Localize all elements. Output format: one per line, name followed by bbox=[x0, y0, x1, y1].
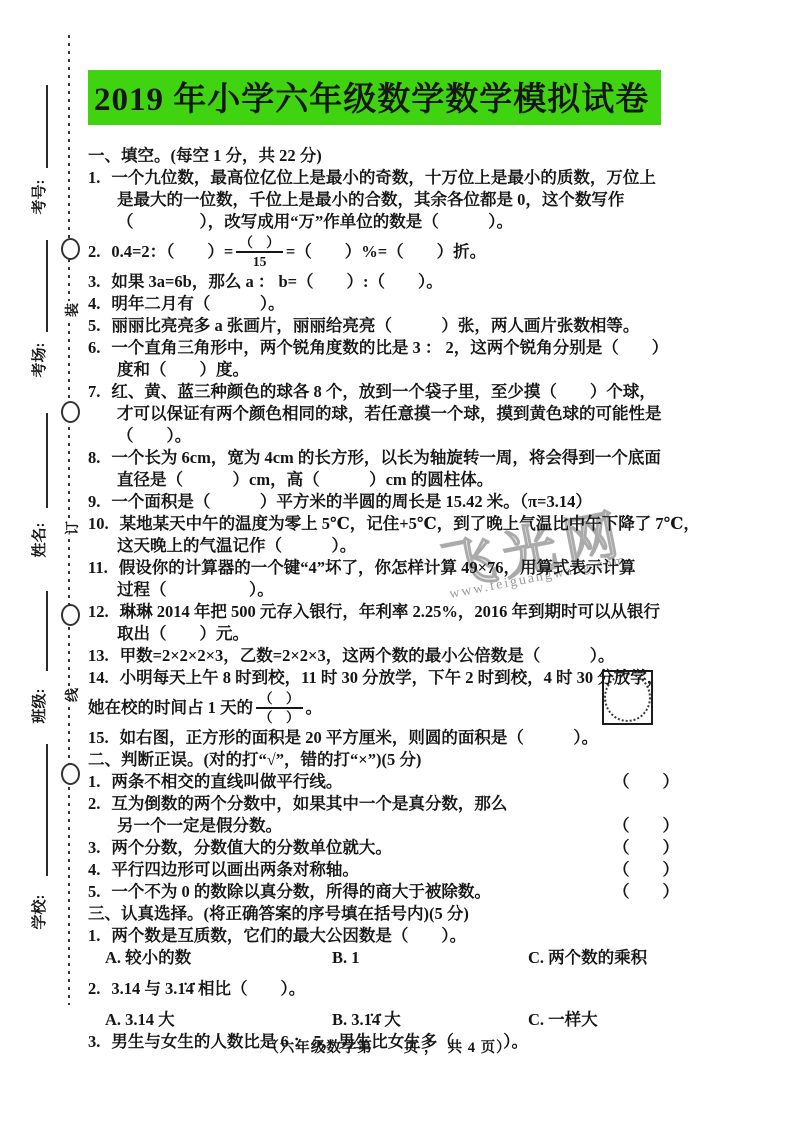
answer-blank: （ ） bbox=[613, 815, 679, 837]
answer-blank: （ ） bbox=[613, 771, 679, 793]
question-line: 11.假设你的计算器的一个键“4”坏了，你怎样计算 49×76，用算式表示计算 bbox=[88, 557, 763, 579]
question-line: 3.如果 3a=6b，那么 a ： b=（ ）:（ ）。 bbox=[88, 271, 763, 293]
option-item: B. 1 bbox=[332, 947, 360, 969]
exam-paper-page: 考号: 考场: 姓名: 班级: 学校: 装 订 线 飞光网 www.feigua… bbox=[0, 0, 793, 1122]
fraction: （ ）（ ） bbox=[256, 691, 303, 725]
question-line: 4.明年二月有（ ）。 bbox=[88, 293, 763, 315]
content-lines: 一、填空。(每空 1 分，共 22 分)1.一个九位数，最高位亿位上是最小的奇数… bbox=[88, 145, 763, 1053]
question-text: 明年二月有（ ）。 bbox=[111, 294, 284, 313]
margin-blank-line bbox=[46, 591, 48, 671]
question-line: 是最大的一位数，千位上是最小的合数，其余各位都是 0，这个数写作 bbox=[88, 189, 763, 211]
question-line: 1.两个数是互质数，它们的最大公因数是（ ）。 bbox=[88, 925, 763, 947]
option-item: B. 3.1̇4̇ 大 bbox=[332, 1009, 401, 1031]
page-footer: （六年级数学第 页 ， 共 4 页） bbox=[88, 1036, 688, 1057]
section-heading: 一、填空。(每空 1 分，共 22 分) bbox=[88, 145, 763, 167]
question-line: 过程（ ）。 bbox=[88, 579, 763, 601]
question-number: 1. bbox=[88, 925, 100, 947]
question-line: 15.如右图，正方形的面积是 20 平方厘米，则圆的面积是（ ）。 bbox=[88, 727, 763, 749]
question-number: 3. bbox=[88, 837, 100, 859]
question-number: 4. bbox=[88, 859, 100, 881]
question-number: 6. bbox=[88, 337, 100, 359]
question-text: 一个九位数，最高位亿位上是最小的奇数，十万位上是最小的质数，万位上 bbox=[111, 168, 656, 187]
page-title: 2019 年小学六年级数学数学模拟试卷 bbox=[88, 70, 661, 125]
answer-blank: （ ） bbox=[613, 859, 679, 881]
answer-blank: （ ） bbox=[613, 837, 679, 859]
question-text: 一个直角三角形中，两个锐角度数的比是 3 ： 2，这两个锐角分别是（ ） bbox=[111, 338, 668, 357]
options-row: A. 3.14 大B. 3.1̇4̇ 大C. 一样大 bbox=[88, 1009, 763, 1031]
margin-field-label: 考号: bbox=[28, 165, 48, 229]
question-text: 0.4=2：（ ）= bbox=[111, 241, 233, 263]
question-line: 13.甲数=2×2×2×3，乙数=2×2×3，这两个数的最小公倍数是（ ）。 bbox=[88, 645, 763, 667]
question-number: 12. bbox=[88, 601, 109, 623]
section-heading: 二、判断正误。(对的打“√”，错的打“×”)(5 分) bbox=[88, 749, 763, 771]
margin-blank-line bbox=[46, 413, 48, 508]
question-text: 3.14 与 3.1̇4̇ 相比（ ）。 bbox=[111, 979, 305, 998]
question-line: 8.一个长为 6cm，宽为 4cm 的长方形，以长为轴旋转一周，将会得到一个底面 bbox=[88, 447, 763, 469]
question-line: 2.0.4=2：（ ）=（ ）15=（ ）%=（ ）折。 bbox=[88, 233, 763, 271]
question-line: 另一个一定是假分数。（ ） bbox=[88, 815, 763, 837]
question-number: 14. bbox=[88, 667, 109, 689]
question-number: 2. bbox=[88, 978, 100, 1000]
question-line: 1.两条不相交的直线叫做平行线。（ ） bbox=[88, 771, 763, 793]
binding-hole bbox=[61, 763, 80, 785]
question-line: 才可以保证有两个颜色相同的球，若任意摸一个球，摸到黄色球的可能性是 bbox=[88, 403, 763, 425]
options-row: A. 较小的数B. 1C. 两个数的乘积 bbox=[88, 947, 763, 969]
question-line: 7.红、黄、蓝三种颜色的球各 8 个，放到一个袋子里，至少摸（ ）个球， bbox=[88, 381, 763, 403]
question-number: 1. bbox=[88, 771, 100, 793]
margin-blank-line bbox=[46, 240, 48, 332]
question-number: 9. bbox=[88, 491, 100, 513]
question-number: 2. bbox=[88, 241, 100, 263]
question-line: 直径是（ ）cm，高（ ）cm 的圆柱体。 bbox=[88, 469, 763, 491]
question-line: 4.平行四边形可以画出两条对称轴。（ ） bbox=[88, 859, 763, 881]
question-text: 一个长为 6cm，宽为 4cm 的长方形，以长为轴旋转一周，将会得到一个底面 bbox=[111, 448, 661, 467]
question-text: 。 bbox=[306, 697, 323, 719]
title-highlight: 2019 年小学六年级数学数学模拟试卷 bbox=[88, 70, 763, 125]
question-number: 8. bbox=[88, 447, 100, 469]
binding-char: 线 bbox=[62, 686, 78, 704]
fraction-numerator: （ ） bbox=[236, 235, 283, 253]
question-text: 一个面积是（ ）平方米的半圆的周长是 15.42 米。（π=3.14） bbox=[111, 492, 591, 511]
question-text: =（ ）%=（ ）折。 bbox=[286, 241, 486, 263]
question-number: 11. bbox=[88, 557, 108, 579]
question-number: 13. bbox=[88, 645, 109, 667]
question-number: 1. bbox=[88, 167, 100, 189]
question-line: 9.一个面积是（ ）平方米的半圆的周长是 15.42 米。（π=3.14） bbox=[88, 491, 763, 513]
question-line: 1.一个九位数，最高位亿位上是最小的奇数，十万位上是最小的质数，万位上 bbox=[88, 167, 763, 189]
question-text: 某地某天中午的温度为零上 5℃，记住+5℃，到了晚上气温比中午下降了 7℃， bbox=[120, 514, 700, 533]
option-item: C. 两个数的乘积 bbox=[528, 947, 647, 969]
question-text: 琳琳 2014 年把 500 元存入银行，年利率 2.25%，2016 年到期时… bbox=[120, 602, 660, 621]
binding-hole bbox=[61, 401, 80, 423]
question-text: 互为倒数的两个分数中，如果其中一个是真分数，那么 bbox=[111, 794, 507, 813]
margin-field-label: 姓名: bbox=[28, 508, 48, 572]
fraction-denominator: 15 bbox=[236, 253, 283, 269]
question-line: （ ），改写成用“万”作单位的数是（ ）。 bbox=[88, 211, 763, 233]
margin-field-label: 班级: bbox=[28, 674, 48, 738]
question-line: 这天晚上的气温记作（ ）。 bbox=[88, 535, 763, 557]
question-number: 4. bbox=[88, 293, 100, 315]
question-text: 小明每天上午 8 时到校，11 时 30 分放学，下午 2 时到校，4 时 30… bbox=[120, 668, 664, 687]
question-number: 7. bbox=[88, 381, 100, 403]
fraction-denominator: （ ） bbox=[256, 709, 303, 725]
question-line: 5.丽丽比亮亮多 a 张画片，丽丽给亮亮（ ）张，两人画片张数相等。 bbox=[88, 315, 763, 337]
question-line: 12.琳琳 2014 年把 500 元存入银行，年利率 2.25%，2016 年… bbox=[88, 601, 763, 623]
margin-field-label: 学校: bbox=[28, 880, 48, 944]
margin-blank-line bbox=[46, 85, 48, 168]
question-line: 2.3.14 与 3.1̇4̇ 相比（ ）。 bbox=[88, 978, 763, 1000]
question-line: 度和（ ）度。 bbox=[88, 359, 763, 381]
question-text: 如右图，正方形的面积是 20 平方厘米，则圆的面积是（ ）。 bbox=[120, 728, 599, 747]
fraction: （ ）15 bbox=[236, 235, 283, 269]
question-text: 甲数=2×2×2×3，乙数=2×2×3，这两个数的最小公倍数是（ ）。 bbox=[120, 646, 615, 665]
question-text: 假设你的计算器的一个键“4”坏了，你怎样计算 49×76，用算式表示计算 bbox=[119, 558, 636, 577]
question-number: 2. bbox=[88, 793, 100, 815]
question-number: 10. bbox=[88, 513, 109, 535]
question-line: 10.某地某天中午的温度为零上 5℃，记住+5℃，到了晚上气温比中午下降了 7℃… bbox=[88, 513, 763, 535]
question-text: 她在校的时间占 1 天的 bbox=[88, 697, 253, 719]
option-item: A. 较小的数 bbox=[105, 947, 191, 969]
question-line: 14.小明每天上午 8 时到校，11 时 30 分放学，下午 2 时到校，4 时… bbox=[88, 667, 763, 689]
question-text: 另一个一定是假分数。 bbox=[117, 816, 282, 835]
question-number: 3. bbox=[88, 271, 100, 293]
question-line: 她在校的时间占 1 天的（ ）（ ）。 bbox=[88, 689, 763, 727]
question-line: 5.一个不为 0 的数除以真分数，所得的商大于被除数。（ ） bbox=[88, 881, 763, 903]
question-line: 取出（ ）元。 bbox=[88, 623, 763, 645]
question-line: （ ）。 bbox=[88, 425, 763, 447]
binding-char: 装 bbox=[62, 301, 78, 319]
question-number: 15. bbox=[88, 727, 109, 749]
question-text: 两条不相交的直线叫做平行线。 bbox=[111, 772, 342, 791]
binding-hole bbox=[61, 604, 80, 626]
question-text: 红、黄、蓝三种颜色的球各 8 个，放到一个袋子里，至少摸（ ）个球， bbox=[111, 382, 656, 401]
exam-content: 2019 年小学六年级数学数学模拟试卷 一、填空。(每空 1 分，共 22 分)… bbox=[88, 70, 763, 1053]
binding-char: 订 bbox=[62, 519, 78, 537]
margin-blank-line bbox=[46, 744, 48, 876]
question-line: 2.互为倒数的两个分数中，如果其中一个是真分数，那么 bbox=[88, 793, 763, 815]
question-line: 6.一个直角三角形中，两个锐角度数的比是 3 ： 2，这两个锐角分别是（ ） bbox=[88, 337, 763, 359]
answer-blank: （ ） bbox=[613, 881, 679, 903]
option-item: A. 3.14 大 bbox=[105, 1009, 175, 1031]
question-text: 丽丽比亮亮多 a 张画片，丽丽给亮亮（ ）张，两人画片张数相等。 bbox=[111, 316, 639, 335]
section-heading: 三、认真选择。(将正确答案的序号填在括号内)(5 分) bbox=[88, 903, 763, 925]
binding-hole bbox=[61, 238, 80, 260]
question-text: 如果 3a=6b，那么 a ： b=（ ）:（ ）。 bbox=[111, 272, 442, 291]
question-number: 5. bbox=[88, 315, 100, 337]
option-item: C. 一样大 bbox=[528, 1009, 598, 1031]
margin-field-label: 考场: bbox=[28, 328, 48, 392]
question-text: 平行四边形可以画出两条对称轴。 bbox=[111, 860, 359, 879]
question-number: 5. bbox=[88, 881, 100, 903]
fraction-numerator: （ ） bbox=[256, 691, 303, 709]
question-text: 一个不为 0 的数除以真分数，所得的商大于被除数。 bbox=[111, 882, 491, 901]
question-text: 两个分数，分数值大的分数单位就大。 bbox=[111, 838, 392, 857]
question-line: 3.两个分数，分数值大的分数单位就大。（ ） bbox=[88, 837, 763, 859]
question-text: 两个数是互质数，它们的最大公因数是（ ）。 bbox=[111, 926, 466, 945]
